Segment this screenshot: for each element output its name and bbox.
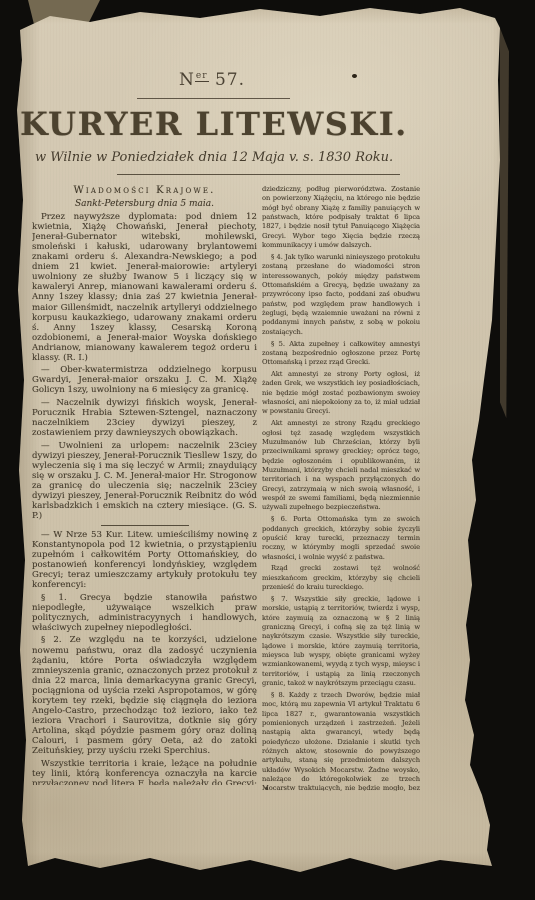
separator-rule bbox=[101, 525, 189, 526]
paragraph: § 6. Porta Ottomańska tym ze swoich podd… bbox=[262, 515, 420, 562]
paragraph: — W Nrze 53 Kur. Litew. umieściliśmy now… bbox=[32, 530, 257, 590]
section-heading: Wiadomości Krajowe. bbox=[32, 186, 257, 196]
paragraph: § 2. Ze względu na te korzyści, udzielon… bbox=[32, 635, 257, 756]
paragraph: § 4. Jak tylko warunki ninieyszego proto… bbox=[262, 253, 420, 337]
paragraph: § 5. Akta zupełney i całkowitey amnestyi… bbox=[262, 340, 420, 368]
paragraph: — Uwolnieni za urlopem: naczelnik 23ciey… bbox=[32, 441, 257, 521]
issue-prefix: N bbox=[179, 70, 195, 90]
masthead-rule-bottom bbox=[117, 174, 400, 175]
paragraph: § 1. Grecya będzie stanowiła państwo nie… bbox=[32, 593, 257, 633]
right-column: dziedziczny, podług pierworództwa. Zosta… bbox=[262, 185, 420, 791]
masthead-dateline: w Wilnie w Poniedziałek dnia 12 Maja v. … bbox=[35, 150, 391, 165]
left-column: Wiadomości Krajowe. Sankt-Petersburg dni… bbox=[32, 185, 257, 785]
issue-number: Ner 57. bbox=[97, 70, 327, 90]
paragraph: Wszystkie territoria i kraie, leżące na … bbox=[32, 759, 257, 785]
text-columns: Wiadomości Krajowe. Sankt-Petersburg dni… bbox=[32, 185, 492, 791]
newspaper-title: KURYER LITEWSKI. bbox=[20, 105, 404, 143]
paragraph: Akt amnestyi ze strony Porty ogłosi, iż … bbox=[262, 370, 420, 417]
page-content: Ner 57. KURYER LITEWSKI. w Wilnie w Poni… bbox=[32, 62, 492, 791]
paragraph: Rząd grecki zostawi tęż wolność mieszkań… bbox=[262, 564, 420, 592]
paragraph: dziedziczny, podług pierworództwa. Zosta… bbox=[262, 185, 420, 250]
scanned-newspaper-photo: Ner 57. KURYER LITEWSKI. w Wilnie w Poni… bbox=[0, 0, 535, 900]
masthead-rule-top bbox=[137, 98, 290, 99]
newspaper-page: Ner 57. KURYER LITEWSKI. w Wilnie w Poni… bbox=[14, 6, 514, 878]
paragraph: — Naczelnik dywizyi fińskich woysk, Jene… bbox=[32, 398, 257, 438]
paragraph: § 7. Wszystkie siły greckie, lądowe i mo… bbox=[262, 595, 420, 688]
paragraph: § 8. Każdy z trzech Dworów, będzie miał … bbox=[262, 691, 420, 791]
issue-value: 57. bbox=[215, 70, 245, 90]
article-dateline: Sankt-Petersburg dnia 5 maia. bbox=[32, 199, 257, 209]
page-edge-sliver bbox=[500, 28, 509, 418]
paragraph: Akt amnestyi ze strony Rządu greckiego o… bbox=[262, 419, 420, 512]
paragraph: Przez naywyższe dyplomata: pod dniem 12 … bbox=[32, 212, 257, 363]
issue-superscript: er bbox=[195, 71, 209, 82]
paragraph: — Ober-kwatermistrza oddzielnego korpusu… bbox=[32, 365, 257, 395]
